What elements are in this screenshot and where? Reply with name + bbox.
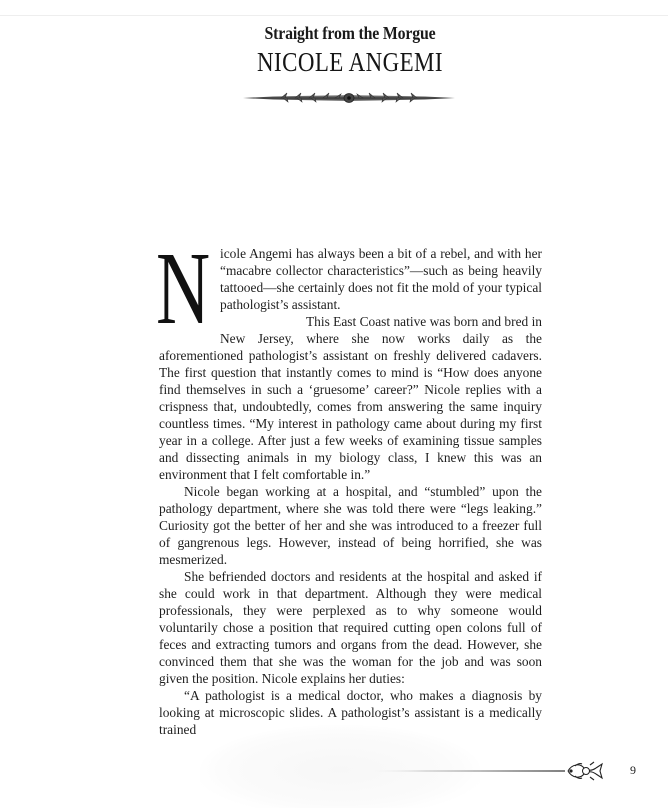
page-number: 9 (630, 763, 636, 778)
paragraph-2: This East Coast native was born and bred… (159, 313, 542, 483)
page-title: NICOLE ANGEMI (53, 46, 648, 78)
drop-cap: N (156, 249, 198, 331)
paragraph-4: She befriended doctors and residents at … (159, 568, 542, 687)
paragraph-1: Nicole Angemi has always been a bit of a… (159, 245, 542, 313)
article-body: Nicole Angemi has always been a bit of a… (159, 245, 542, 738)
ornamental-divider-icon (243, 89, 455, 107)
paragraph-1-text: icole Angemi has always been a bit of a … (220, 246, 542, 312)
page-header: Straight from the Morgue NICOLE ANGEMI (0, 22, 668, 78)
top-edge-rule (0, 15, 668, 16)
paragraph-3: Nicole began working at a hospital, and … (159, 483, 542, 568)
section-kicker: Straight from the Morgue (42, 22, 658, 44)
footer-fleuron-icon (365, 760, 610, 782)
